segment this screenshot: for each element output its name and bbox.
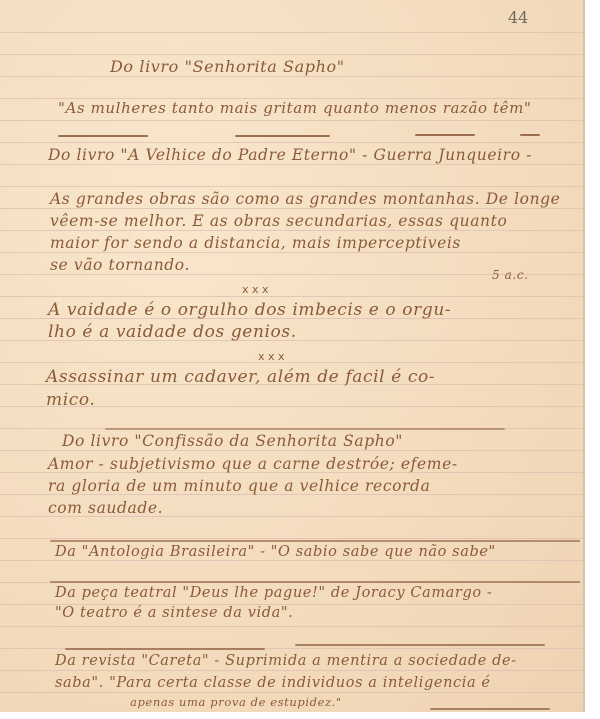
ruled-line xyxy=(0,362,583,363)
entry-line: Amor - subjetivismo que a carne destróe;… xyxy=(48,455,458,473)
divider xyxy=(235,135,330,137)
ruled-line xyxy=(0,54,583,55)
entry-line: apenas uma prova de estupidez." xyxy=(130,695,342,709)
entry-text: Da "Antologia Brasileira" - "O sabio sab… xyxy=(55,544,496,560)
ruled-line xyxy=(0,626,583,627)
entry-heading: Do livro "A Velhice do Padre Eterno" - G… xyxy=(48,146,532,164)
divider xyxy=(430,708,550,710)
entry-line: maior for sendo a distancia, mais imperc… xyxy=(50,234,461,252)
saying-line: A vaidade é o orgulho dos imbecis e o or… xyxy=(48,300,451,320)
ruled-line xyxy=(0,120,583,121)
saying-line: lho é a vaidade dos genios. xyxy=(48,322,297,342)
divider xyxy=(415,134,475,136)
ruled-line xyxy=(0,670,583,671)
divider xyxy=(50,581,580,583)
margin-note: 5 a.c. xyxy=(492,268,529,282)
saying-line: Assassinar um cadaver, além de facil é c… xyxy=(46,367,435,387)
entry-line: ra gloria de um minuto que a velhice rec… xyxy=(48,477,430,495)
separator-marks: x x x xyxy=(258,350,285,363)
divider xyxy=(65,648,265,650)
ruled-line xyxy=(0,252,583,253)
entry-heading: Do livro "Confissão da Senhorita Sapho" xyxy=(62,432,403,450)
entry-line: com saudade. xyxy=(48,499,163,517)
entry-line: saba". "Para certa classe de individuos … xyxy=(55,675,491,691)
entry-line: As grandes obras são como as grandes mon… xyxy=(50,190,560,208)
entry-heading: Do livro "Senhorita Sapho" xyxy=(110,57,345,76)
separator-marks: x x x xyxy=(242,283,269,296)
ruled-line xyxy=(0,186,583,187)
divider xyxy=(58,135,148,137)
ruled-line xyxy=(0,560,583,561)
entry-line: "O teatro é a sintese da vida". xyxy=(55,605,293,621)
notebook-page: 44 Do livro "Senhorita Sapho" "As mulher… xyxy=(0,0,583,712)
entry-quote: "As mulheres tanto mais gritam quanto me… xyxy=(58,99,532,117)
ruled-line xyxy=(0,76,583,77)
ruled-line xyxy=(0,450,583,451)
divider xyxy=(105,428,505,430)
entry-line: Da revista "Careta" - Suprimida a mentir… xyxy=(55,653,517,669)
ruled-line xyxy=(0,230,583,231)
entry-line: vêem-se melhor. E as obras secundarias, … xyxy=(50,212,507,230)
ruled-line xyxy=(0,32,583,33)
ruled-line xyxy=(0,164,583,165)
entry-line: se vão tornando. xyxy=(50,256,190,274)
ruled-line xyxy=(0,296,583,297)
ruled-line xyxy=(0,208,583,209)
ruled-line xyxy=(0,142,583,143)
page-number: 44 xyxy=(508,8,528,27)
divider xyxy=(50,540,580,542)
entry-line: Da peça teatral "Deus lhe pague!" de Jor… xyxy=(55,585,492,601)
divider xyxy=(295,644,545,646)
saying-line: mico. xyxy=(46,390,95,410)
ruled-line xyxy=(0,538,583,539)
divider xyxy=(520,134,540,136)
ruled-line xyxy=(0,692,583,693)
